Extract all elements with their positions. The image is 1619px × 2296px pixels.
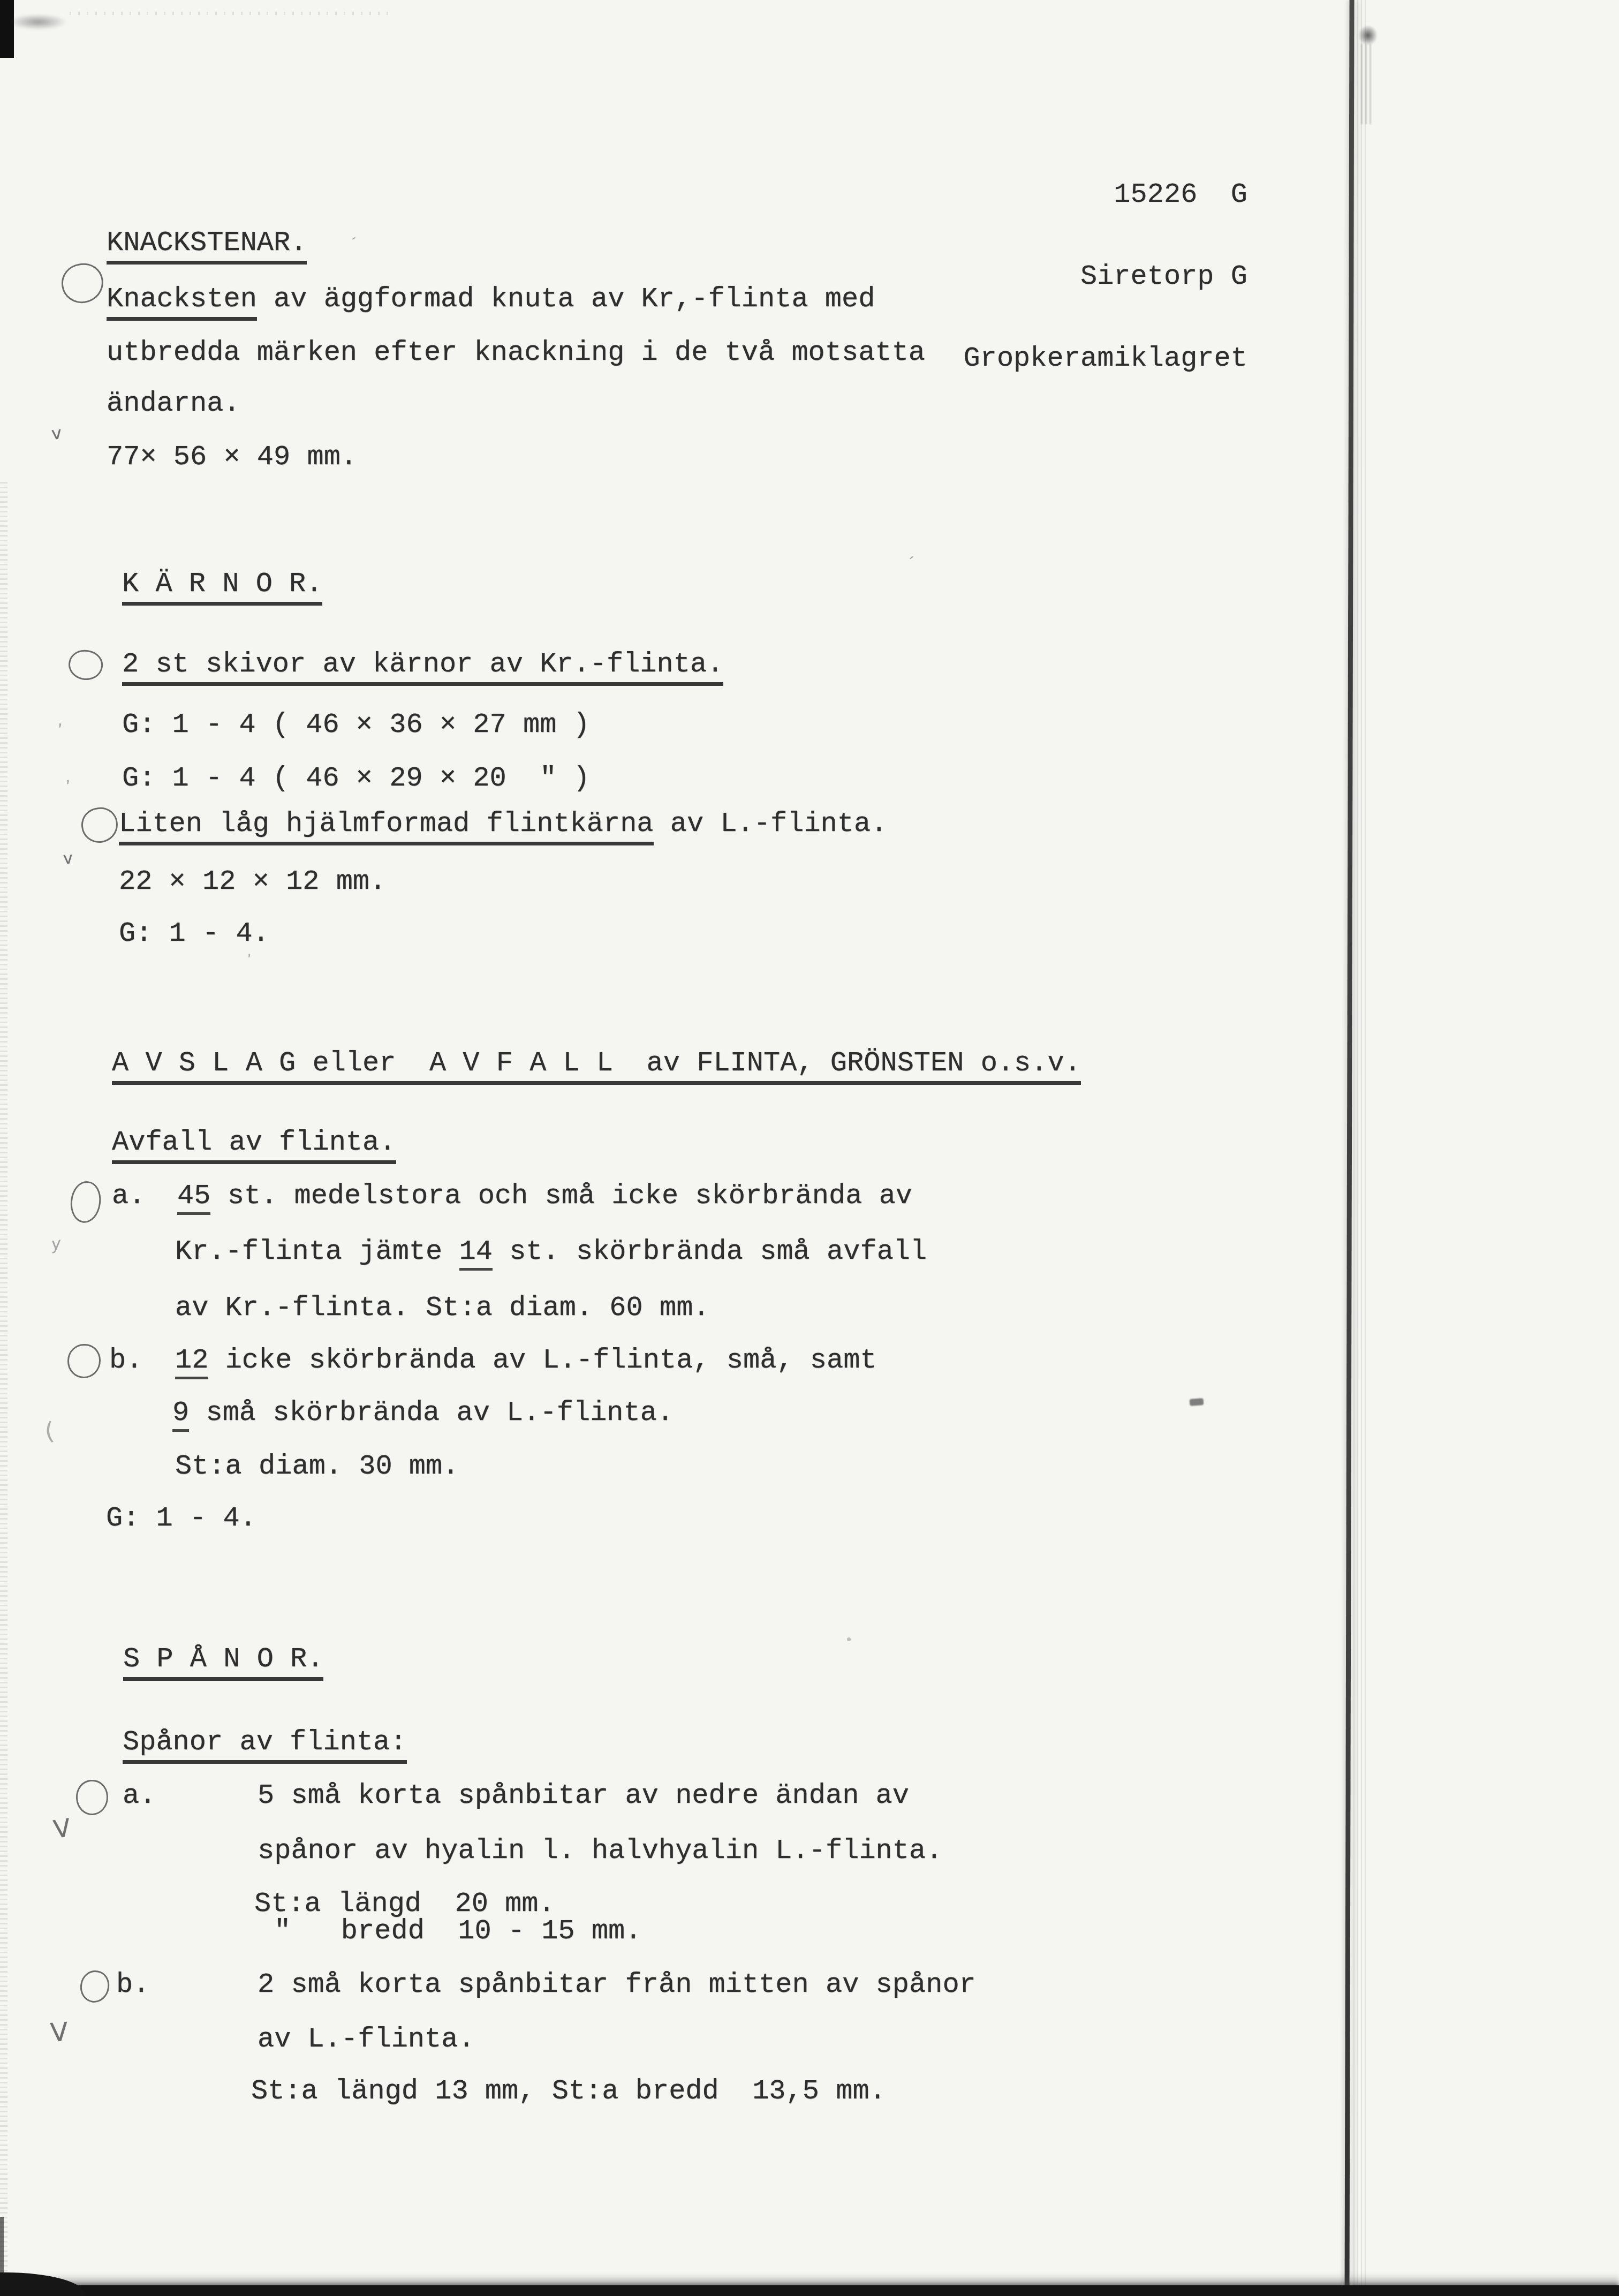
spanor-item-b-label: b. — [116, 1969, 149, 2000]
section-heading-knackstenar: KNACKSTENAR. — [107, 228, 307, 258]
stray-mark: y — [50, 1234, 62, 1254]
ink-smudge-drip — [1361, 44, 1374, 124]
margin-circle-annotation — [67, 1344, 101, 1378]
margin-circle-annotation — [59, 261, 106, 306]
avfall-item-a-label: a. — [112, 1181, 145, 1211]
section-heading-avslag: A V S L A G eller A V F A L L av FLINTA,… — [112, 1048, 1081, 1078]
avfall-g-line: G: 1 - 4. — [106, 1503, 256, 1534]
stray-tick-mark: ´ — [904, 554, 916, 572]
spanor-item-b-line3: St:a längd 13 mm, St:a bredd 13,5 mm. — [251, 2076, 886, 2106]
avfall-item-a-line1: 45 st. medelstora och små icke skörbränd… — [177, 1181, 912, 1211]
ink-smudge — [1359, 26, 1377, 45]
document-id-block: 15226 G Siretorp G Gropkeramiklagret — [948, 126, 1247, 427]
margin-circle-annotation — [66, 647, 105, 683]
stray-tick-mark: ´ — [346, 235, 358, 253]
stray-ink-dash — [1190, 1398, 1204, 1406]
site-name: Siretorp G — [948, 263, 1247, 290]
stray-comma-mark: , — [62, 767, 72, 787]
stray-paren-mark: ( — [43, 1417, 55, 1446]
knacksten-line2: utbredda märken efter knackning i de två… — [107, 337, 925, 368]
scan-edge-noise — [0, 482, 7, 2292]
section-heading-karnor: K Ä R N O R. — [122, 569, 322, 599]
scan-noise-dots — [70, 12, 391, 15]
ink-speck — [847, 1637, 851, 1641]
karnor-g-line1: G: 1 - 4 ( 46 × 36 × 27 mm ) — [122, 709, 590, 740]
margin-circle-annotation — [69, 1180, 103, 1224]
karnor-dimensions: 22 × 12 × 12 mm. — [119, 866, 386, 897]
bottom-scan-bar — [0, 2285, 1619, 2296]
knacksten-line3: ändarna. — [107, 388, 240, 419]
avfall-item-b-line3: St:a diam. 30 mm. — [175, 1451, 459, 1482]
spanor-item-b-line1: 2 små korta spånbitar från mitten av spå… — [258, 1969, 976, 2000]
avfall-item-b-line2: 9 små skörbrända av L.-flinta. — [172, 1398, 674, 1428]
scan-smudge — [9, 14, 67, 30]
page-fold-fringe — [1353, 0, 1368, 2296]
karnor-g-line2: G: 1 - 4 ( 46 × 29 × 20 " ) — [122, 763, 590, 794]
layer-name: Gropkeramiklagret — [948, 345, 1247, 372]
avfall-item-a-line3: av Kr.-flinta. St:a diam. 60 mm. — [175, 1293, 710, 1323]
spanor-item-a-line3: St:a längd 20 mm. — [254, 1889, 555, 1919]
margin-check-mark: v — [50, 422, 63, 444]
section-heading-spanor: S P Å N O R. — [123, 1644, 323, 1674]
spanor-item-a-label: a. — [123, 1780, 156, 1811]
margin-check-mark: V — [51, 1813, 72, 1844]
spanor-item-a-line2: spånor av hyalin l. halvhyalin L.-flinta… — [258, 1836, 942, 1866]
spanor-item-a-line4: " bredd 10 - 15 mm. — [274, 1916, 642, 1946]
margin-circle-annotation — [78, 1969, 111, 2005]
page-fold-line — [1345, 0, 1355, 2296]
knacksten-line1: Knacksten av äggformad knuta av Kr,-flin… — [107, 284, 875, 314]
subheading-spanor-av-flinta: Spånor av flinta: — [123, 1727, 407, 1757]
avfall-item-b-line1: 12 icke skörbrända av L.-flinta, små, sa… — [175, 1345, 877, 1376]
avfall-item-b-label: b. — [109, 1345, 142, 1376]
inventory-number: 15226 G — [948, 181, 1247, 208]
stray-comma-mark: , — [55, 711, 63, 730]
margin-circle-annotation — [75, 1779, 109, 1816]
karnor-item2: Liten låg hjälmformad flintkärna av L.-f… — [119, 809, 887, 839]
margin-check-mark: V — [49, 2017, 69, 2048]
subheading-avfall: Avfall av flinta. — [112, 1127, 396, 1158]
spanor-item-a-line1: 5 små korta spånbitar av nedre ändan av — [258, 1780, 909, 1811]
margin-circle-annotation — [80, 806, 119, 844]
margin-check-mark: v — [63, 849, 73, 868]
avfall-item-a-line2: Kr.-flinta jämte 14 st. skörbrända små a… — [175, 1236, 927, 1267]
karnor-item1: 2 st skivor av kärnor av Kr.-flinta. — [122, 649, 723, 679]
spanor-item-b-line2: av L.-flinta. — [258, 2024, 475, 2055]
knacksten-dimensions: 77× 56 × 49 mm. — [107, 442, 357, 472]
scanned-document-page: 15226 G Siretorp G Gropkeramiklagret KNA… — [0, 0, 1619, 2296]
